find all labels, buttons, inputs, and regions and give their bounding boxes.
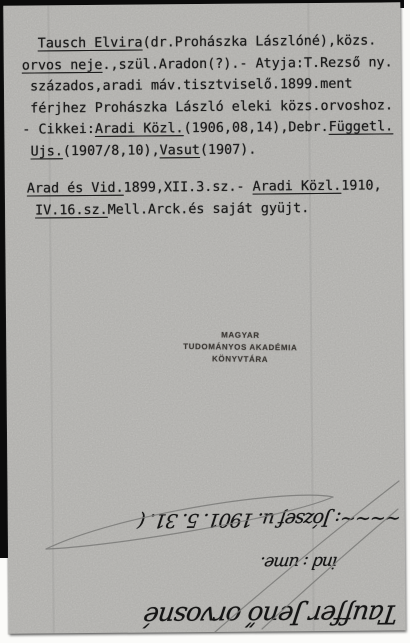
catalog-card: Tausch Elvira(dr.Prohászka Lászlóné),köz…	[3, 2, 405, 633]
stamp-line: KÖNYVTÁRA	[169, 353, 311, 367]
typewritten-line: százados,aradi máv.tisztviselő.1899.ment	[22, 74, 393, 99]
typewritten-line: Tausch Elvira(dr.Prohászka Lászlóné),köz…	[22, 30, 393, 55]
typewritten-line: Ujs.(1907/8,10),Vasut(1907).	[22, 138, 393, 163]
handwritten-annotation-upside-down: Tauffer Jenő orvosné ind : ume. ~~~~: Jó…	[11, 468, 407, 636]
typewritten-line: Arad és Vid.1899,XII.3.sz.- Aradi Közl.1…	[27, 175, 382, 200]
scanned-catalog-card-page: Tausch Elvira(dr.Prohászka Lászlóné),köz…	[0, 0, 410, 643]
handwritten-note-line: ind : ume.	[259, 552, 338, 573]
stamp-line: TUDOMÁNYOS AKADÉMIA	[169, 341, 311, 355]
typewritten-line: IV.16.sz.Mell.Arck.és saját gyüjt.	[27, 197, 382, 222]
handwritten-date-line: ~~~~: József u. 1901. 5. 31. (	[137, 507, 402, 531]
typewritten-paragraph-bio: Tausch Elvira(dr.Prohászka Lászlóné),köz…	[22, 30, 394, 163]
handwritten-name-line: Tauffer Jenő orvosné	[142, 598, 399, 630]
library-stamp: MAGYAR TUDOMÁNYOS AKADÉMIA KÖNYVTÁRA	[169, 329, 311, 367]
typewritten-paragraph-sources: Arad és Vid.1899,XII.3.sz.- Aradi Közl.1…	[27, 175, 382, 221]
typewritten-line: - Cikkei:Aradi Közl.(1906,08,14),Debr.Fü…	[22, 117, 393, 142]
